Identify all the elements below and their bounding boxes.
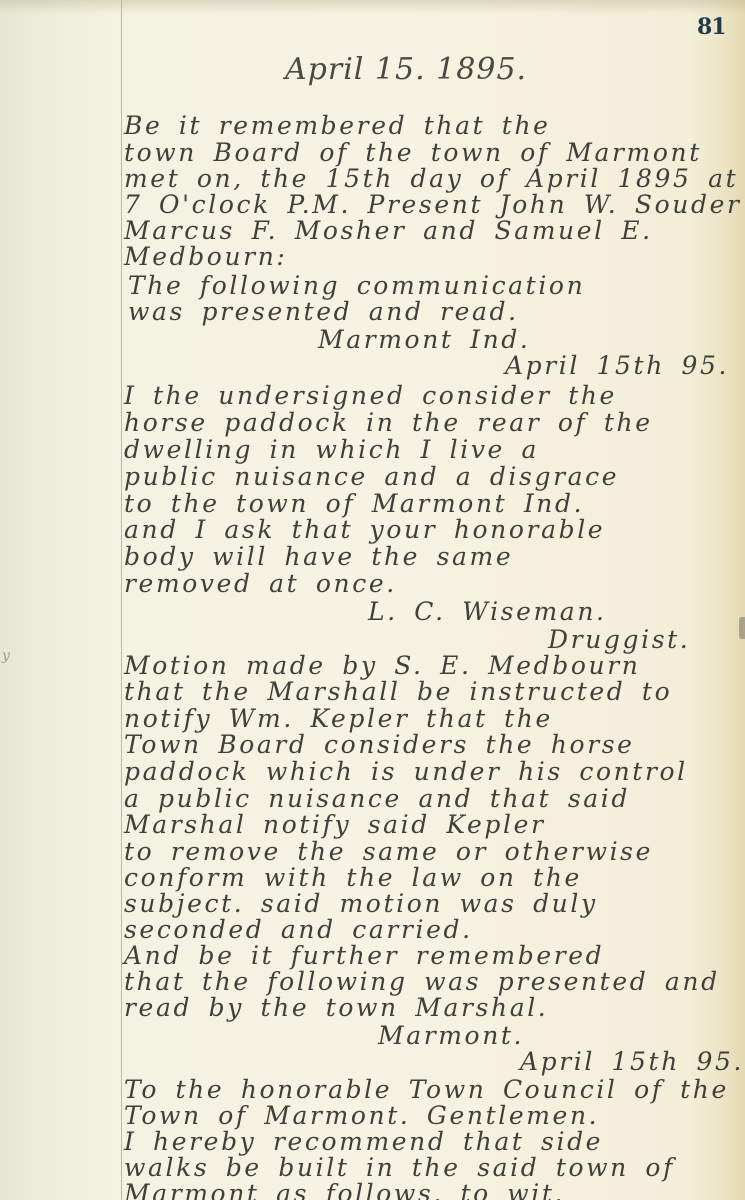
text-line: Town of Marmont. Gentlemen. <box>124 1102 599 1130</box>
text-line: to the town of Marmont Ind. <box>124 490 584 518</box>
text-line: was presented and read. <box>128 298 519 326</box>
text-line: that the following was presented and <box>124 968 720 996</box>
text-line: public nuisance and a disgrace <box>124 463 619 491</box>
text-line: dwelling in which I live a <box>124 436 539 464</box>
margin-pencil-mark: y <box>2 648 10 664</box>
letter-date-line: April 15th 95. <box>505 352 729 380</box>
ledger-page: 81 April 15. 1895. y Be it remembered th… <box>0 0 745 1200</box>
letter-date-line: April 15th 95. <box>520 1048 744 1076</box>
text-line: Medbourn: <box>124 243 287 271</box>
text-line: Motion made by S. E. Medbourn <box>124 652 641 680</box>
text-line: removed at once. <box>124 570 397 598</box>
signature-line: L. C. Wiseman. <box>368 598 607 626</box>
entry-date-heading: April 15. 1895. <box>285 52 527 87</box>
text-line: a public nuisance and that said <box>124 785 630 813</box>
text-line: Be it remembered that the <box>124 112 551 140</box>
text-line: subject. said motion was duly <box>124 890 598 918</box>
text-line: conform with the law on the <box>124 864 582 892</box>
text-line: Town Board considers the horse <box>124 731 635 759</box>
text-line: read by the town Marshal. <box>124 994 548 1022</box>
text-line: 7 O'clock P.M. Present John W. Souder <box>124 191 742 219</box>
text-line: that the Marshall be instructed to <box>124 678 672 706</box>
text-line: And be it further remembered <box>124 942 604 970</box>
text-line: seconded and carried. <box>124 916 473 944</box>
text-line: I the undersigned consider the <box>124 382 617 410</box>
page-top-shadow <box>0 0 745 14</box>
text-line: The following communication <box>128 272 585 300</box>
text-line: and I ask that your honorable <box>124 516 605 544</box>
text-line: Marmont as follows. to wit. <box>124 1180 565 1200</box>
letter-place-line: Marmont Ind. <box>318 326 530 354</box>
text-line: walks be built in the said town of <box>124 1154 675 1182</box>
text-line: met on, the 15th day of April 1895 at <box>124 165 738 193</box>
binding-spot <box>739 617 745 639</box>
signature-title-line: Druggist. <box>548 626 690 654</box>
text-line: town Board of the town of Marmont <box>124 139 702 167</box>
text-line: horse paddock in the rear of the <box>124 409 653 437</box>
page-number: 81 <box>697 14 726 40</box>
text-line: To the honorable Town Council of the <box>124 1076 729 1104</box>
text-line: paddock which is under his control <box>124 758 688 786</box>
text-line: Marcus F. Mosher and Samuel E. <box>124 217 653 245</box>
text-line: notify Wm. Kepler that the <box>124 705 553 733</box>
text-line: to remove the same or otherwise <box>124 838 653 866</box>
red-margin-line <box>121 0 122 1200</box>
letter-place-line: Marmont. <box>378 1022 524 1050</box>
text-line: body will have the same <box>124 543 513 571</box>
text-line: I hereby recommend that side <box>124 1128 603 1156</box>
text-line: Marshal notify said Kepler <box>124 811 546 839</box>
